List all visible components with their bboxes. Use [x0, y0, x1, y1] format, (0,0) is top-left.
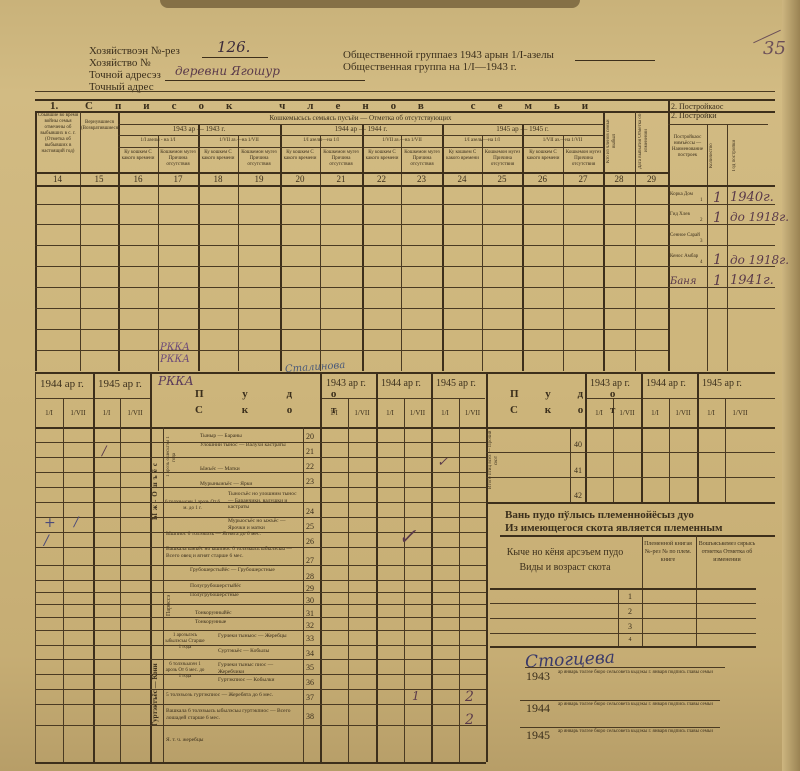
category-number: 25	[306, 522, 314, 531]
row-number: 40	[574, 440, 582, 449]
grid-line	[635, 111, 636, 371]
livestock-mark: 2	[465, 712, 474, 728]
group-pigs-label: Пароссэ	[166, 580, 176, 630]
category-number: 36	[306, 678, 314, 687]
livestock-mid-year-1944: 1944 ар г.	[381, 378, 421, 389]
year-1943-header: 1943 ар — 1943 г.	[118, 126, 280, 133]
year-1944-header: 1944 ар — 1944 г.	[280, 126, 442, 133]
household-reg-line	[202, 57, 268, 58]
social-group-udm: Общественной группаез 1943 арын 1/I-азел…	[343, 50, 554, 61]
colnum-28: 28	[603, 173, 635, 185]
signature-line	[525, 667, 725, 668]
livestock-left-half: 1/I	[93, 399, 120, 427]
pedigree-col-book: Племенной книгая №-рез № по плем. книге	[643, 540, 693, 564]
col17-header: Кошкемон мугез Причина отсутствия	[159, 150, 197, 168]
livestock-right-half: 1/I	[585, 399, 613, 427]
livestock-mark: /	[102, 444, 106, 459]
grid-line	[35, 704, 486, 705]
category-number: 20	[306, 432, 314, 441]
building-num: 1	[700, 198, 703, 204]
building-count: 1	[713, 190, 722, 206]
livestock-right-half: 1/VII	[613, 399, 641, 427]
grid-line	[35, 287, 775, 288]
building-name: Корка Дом	[670, 192, 700, 198]
col21-header: Кошкемон мугез Причина отсутствия	[321, 150, 361, 168]
grid-line	[696, 535, 697, 647]
grid-line	[35, 674, 486, 675]
colnum-27: 27	[563, 173, 603, 185]
col16-header: Ку кошкем С какого времени	[119, 150, 157, 162]
livestock-left-year-1945: 1945 ар г.	[98, 378, 142, 390]
section2-title-udm: 2. Постройкаос	[671, 102, 723, 111]
signature-line	[520, 727, 720, 728]
building-year: 1941г.	[730, 273, 774, 288]
livestock-right-half: 1/VII	[725, 399, 755, 427]
category-number: 21	[306, 447, 314, 456]
livestock-mark: ✓	[398, 525, 416, 550]
exact-address-value: деревни Ягошур	[175, 64, 280, 78]
grid-line	[118, 147, 603, 148]
category-label: Гуртэкпиос — Кобылки	[218, 677, 298, 684]
grid-line	[158, 135, 159, 371]
household-reg-value: 126.	[217, 38, 250, 56]
livestock-left-half: 1/VII	[120, 399, 150, 427]
colnum-21: 21	[320, 173, 362, 185]
grid-line	[35, 762, 486, 764]
grid-line	[35, 604, 486, 605]
grid-line	[80, 111, 81, 371]
grid-line	[163, 427, 164, 762]
pedigree-row-number: 3	[618, 619, 642, 633]
pedigree-row-number: 2	[618, 604, 642, 618]
year-1945-header: 1945 ар — 1945 г.	[442, 126, 603, 133]
exact-address-label-udm: Точной адресэз	[89, 70, 161, 81]
building-name: Сенное Сарай	[670, 233, 700, 239]
category-number: 27	[306, 556, 314, 565]
category-label: Тыныр — Бараны	[200, 433, 242, 440]
livestock-mid-year-1945: 1945 ар г.	[436, 378, 476, 389]
grid-line	[35, 266, 775, 267]
grid-line	[35, 502, 486, 503]
grid-line	[482, 135, 483, 371]
grid-line	[641, 372, 643, 502]
pedigree-col-change: Вошъяськемез сярысь отметка Отметка об и…	[698, 540, 756, 564]
livestock-mark: /	[74, 515, 78, 530]
category-number: 35	[306, 663, 314, 672]
section2-title-ru: 2. Постройки	[671, 111, 717, 120]
col22-header: Ку кошкем С какого времени	[363, 150, 401, 162]
livestock-right-year-1943: 1943 ар г.	[590, 378, 630, 389]
livestock-right-side-label: Итого птиц всех — Прочий скот	[488, 430, 502, 490]
household-no-label: Хозяйство №	[89, 58, 151, 69]
signature-caption: ар январь толэзе бюро сельсовета кыдэкы …	[558, 670, 723, 676]
category-number: 23	[306, 477, 314, 486]
category-number: 32	[306, 621, 314, 630]
col20-header: Ку кошкем С какого времени	[281, 150, 319, 162]
grid-line	[35, 532, 486, 533]
category-label: Суртэкьёс — Кобылы	[218, 648, 298, 655]
grid-line	[563, 135, 564, 371]
livestock-left-half: 1/VII	[63, 399, 93, 427]
signature-year: 1945	[526, 728, 550, 743]
livestock-mid-half: 1/VII	[459, 399, 486, 427]
colnum-23: 23	[401, 173, 442, 185]
colnum-18: 18	[198, 173, 238, 185]
grid-line	[35, 350, 668, 351]
pedigree-row-number: 1	[618, 589, 642, 603]
col27-header: Кошкемон мугез Причина отсутствия	[564, 150, 603, 168]
pedigree-col-kind-udm: Кыче но кёня арсэъем пудо	[492, 547, 638, 558]
livestock-mid-year-1943: 1943 ар г.	[326, 378, 366, 389]
livestock-mid-half: 1/I	[376, 399, 404, 427]
livestock-mark: /	[44, 533, 49, 549]
livestock-right-year-1944: 1944 ар г.	[646, 378, 686, 389]
binding-shadow	[160, 0, 580, 8]
col29-header: Дата выбытия Отметка об изменении	[638, 113, 666, 169]
grid-line	[303, 427, 304, 762]
grid-line	[490, 646, 756, 648]
livestock-mid-half: 1/I	[431, 399, 459, 427]
category-label: 5 толэзьозь гуртэкпиос — Жеребята до 6 м…	[166, 692, 296, 699]
grid-line	[570, 427, 571, 502]
category-label: Мурыосъёс но ыжъёс — Ярочки и матки	[228, 518, 300, 531]
group-horses-label: Гуртэктъёс — Кони	[152, 640, 162, 750]
colnum-15: 15	[80, 173, 118, 185]
grid-line	[35, 472, 486, 473]
grid-line	[35, 372, 775, 374]
colnum-19: 19	[238, 173, 280, 185]
category-number: 24	[306, 507, 314, 516]
grid-line	[35, 645, 486, 646]
category-number: 33	[306, 634, 314, 643]
annotation-rkka-2: РККА	[160, 354, 190, 365]
colnum-24: 24	[442, 173, 482, 185]
pedigree-row-number: 4	[618, 634, 642, 646]
pedigree-col-kind-ru: Виды и возраст скота	[492, 562, 638, 573]
building-count: 1	[713, 273, 722, 289]
building-name: Баня	[670, 276, 697, 287]
grid-line	[500, 535, 775, 537]
grid-line	[35, 308, 775, 309]
category-number: 34	[306, 649, 314, 658]
row-number: 41	[574, 466, 582, 475]
page-edge	[782, 0, 800, 771]
half-1945-jan: 1/I азелы—на 1/I	[442, 138, 522, 144]
building-count: 1	[713, 210, 722, 226]
grid-line	[707, 125, 708, 371]
half-1943-jan: 1/I азелы - на 1/I	[118, 138, 198, 144]
grid-line	[486, 452, 775, 453]
grid-line	[35, 487, 486, 488]
grid-line	[35, 245, 775, 246]
signature-caption: ар январь толэзе бюро сельсовета кыдэкы …	[558, 729, 723, 735]
group-cattle-label: Ыж-Ошъёс	[152, 440, 162, 540]
livestock-mid-half: 1/VII	[348, 399, 376, 427]
colnum-16: 16	[118, 173, 158, 185]
header-rule	[35, 91, 775, 92]
horse-group-a: 1 арозьлэсь ыбылэсьы Старше 1 года	[165, 633, 205, 651]
livestock-mark: +	[44, 515, 56, 531]
half-1944-jul: 1/VII аз.—на 1/VII	[362, 138, 442, 144]
row-number: 42	[574, 491, 582, 500]
colnum-25: 25	[482, 173, 522, 185]
category-label: Полугрубошерстыйёс	[190, 583, 241, 590]
category-number: 37	[306, 693, 314, 702]
grid-line	[35, 565, 486, 566]
exact-address-line	[165, 80, 365, 81]
col18-header: Ку кошкем С какого времени	[199, 150, 237, 162]
building-count: 1	[713, 252, 722, 268]
category-label: Тыносъёс но улошним тынос — Баранчики, в…	[228, 491, 300, 511]
signature-year: 1943	[526, 669, 550, 684]
grid-line	[697, 372, 699, 502]
document-page: 35 Хозяйствоэн №-рез 126. Хозяйство № То…	[0, 0, 800, 771]
grid-line	[35, 224, 775, 225]
half-1944-jan: 1/I азелы—на 1/I	[280, 138, 362, 144]
household-reg-label: Хозяйствоэн №-рез	[89, 46, 180, 57]
col26-header: Ку кошкем С какого времени	[523, 150, 563, 162]
pedigree-title-ru: Из имеющегося скота является племенным	[505, 522, 722, 534]
livestock-right-half: 1/I	[697, 399, 725, 427]
category-number: 26	[306, 537, 314, 546]
col15-header: Вернувшиеся (Возвратившиеся)	[81, 120, 118, 132]
grid-line	[35, 427, 775, 429]
livestock-left-half: 1/I	[35, 399, 63, 427]
livestock-mark: 2	[465, 689, 474, 705]
half-1945-jul: 1/VII аз.—на 1/VII	[522, 138, 603, 144]
building-name: Кенос Амбар	[670, 254, 700, 260]
category-label: Я. т. ч. жеребцы	[166, 737, 203, 744]
grid-line	[35, 725, 486, 726]
grid-line	[35, 630, 486, 631]
social-group-line	[575, 60, 655, 61]
building-name: Гид Хлев	[670, 212, 700, 218]
colnum-26: 26	[522, 173, 563, 185]
livestock-right-year-1945: 1945 ар г.	[702, 378, 742, 389]
livestock-mark: 1	[412, 689, 420, 703]
grid-line	[35, 204, 775, 205]
col28-header: Кто из членов семьи выбыл	[606, 113, 632, 169]
colnum-14: 14	[35, 173, 80, 185]
grid-line	[35, 617, 486, 618]
colnum-22: 22	[362, 173, 401, 185]
category-label: Гурчеки тыныос — Жеребцы	[218, 633, 298, 640]
grid-line	[35, 442, 486, 443]
grid-line	[320, 135, 321, 371]
category-label: Тонкорунныйёс	[195, 610, 232, 617]
grid-line	[35, 580, 486, 581]
signature-caption: ар январь толэзе бюро сельсовета кыдэкы …	[558, 702, 723, 708]
pedigree-title-udm: Вань пудо пўлысь племеннойёсыз дуо	[505, 509, 694, 521]
grid-line	[35, 517, 486, 518]
half-1943-jul: 1/VII аз.—на 1/VII	[198, 138, 280, 144]
building-num: 3	[700, 239, 703, 245]
colnum-17: 17	[158, 173, 198, 185]
building-num: 4	[700, 260, 703, 266]
col24-header: Ку кошкем С какого времени	[443, 150, 482, 162]
absent-header: Кошкемысьсь семьясь пусъёи — Отметка об …	[118, 115, 603, 122]
signature-year: 1944	[526, 701, 550, 716]
section2-col-year: Год постройки	[732, 128, 752, 183]
grid-line	[118, 135, 603, 136]
section2-col-count: Количество	[709, 128, 725, 183]
category-number: 22	[306, 462, 314, 471]
grid-line	[668, 124, 768, 125]
grid-line	[642, 535, 643, 647]
category-label: Грубошерстыйёс — Грубошерстные	[190, 567, 290, 574]
annotation-rkka-3: РККА	[158, 374, 194, 388]
signature-line	[520, 700, 720, 701]
grid-line	[35, 659, 486, 660]
grid-line	[238, 135, 239, 371]
col14-header: Сбывшие во время войны семья отмечены об…	[36, 113, 80, 155]
category-label: Тонкорунные	[195, 619, 226, 626]
page-number: 35	[763, 38, 786, 59]
grid-line	[603, 111, 605, 371]
grid-line	[486, 502, 775, 504]
livestock-mid-half: 1/I	[320, 399, 348, 427]
livestock-right-half: 1/I	[641, 399, 669, 427]
building-year: до 1918г.	[730, 210, 789, 224]
grid-line	[486, 477, 775, 478]
grid-line	[35, 329, 668, 330]
section2-col-name: Постройкаос нимъёссы — Наименование пост…	[669, 135, 706, 159]
building-year: до 1918г.	[730, 253, 789, 267]
grid-line	[401, 135, 402, 371]
grid-line	[35, 185, 775, 187]
annotation-rkka-1: РККА	[160, 342, 190, 353]
grid-line	[35, 547, 486, 548]
col23-header: Кошкемон мугез Причина отсутствия	[402, 150, 442, 168]
category-label: Вашкала 6 толэзьысь ыбылэсьы гуртэкпиос …	[166, 708, 301, 721]
livestock-left-year-1944: 1944 ар г.	[40, 378, 84, 390]
col25-header: Кошкемон мугез Причина отсутствия	[483, 150, 522, 168]
livestock-mark: ✓	[437, 455, 448, 470]
social-group-ru: Общественная группа на 1/I—1943 г.	[343, 62, 517, 73]
colnum-20: 20	[280, 173, 320, 185]
building-year: 1940г.	[730, 190, 774, 205]
category-number: 38	[306, 712, 314, 721]
livestock-right-half: 1/VII	[669, 399, 697, 427]
horse-group-b: 6 толэзьысен 1 арозь От 6 мес. до 1 года	[165, 662, 205, 680]
grid-line	[727, 125, 728, 371]
grid-line	[35, 592, 486, 593]
col19-header: Кошкемон мугез Причина отсутствия	[239, 150, 279, 168]
building-num: 2	[700, 218, 703, 224]
livestock-mid-half: 1/VII	[404, 399, 431, 427]
colnum-29: 29	[635, 173, 668, 185]
